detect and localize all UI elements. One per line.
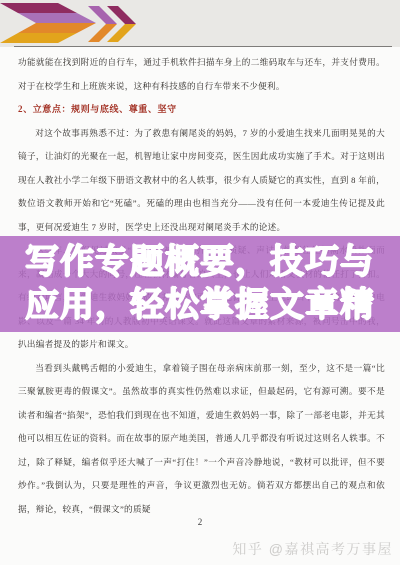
chevron-banner-graphic: [0, 0, 400, 47]
paragraph-continuation: 功能就能在找到附近的自行车，通过手机软件扫描车身上的二维码取车与还车，并支付费用…: [18, 51, 385, 98]
zhihu-watermark: 知乎 @嘉祺高考万事屋: [232, 539, 393, 559]
section-heading: 2、立意点：规则与底线、尊重、坚守: [18, 98, 385, 122]
scanned-document-page: { "document": { "paragraph_continuation"…: [0, 0, 400, 565]
page-top-rule: [14, 46, 392, 47]
paragraph-comment: 当看到头戴鸭舌帽的小爱迪生，拿着镜子围在母亲病床前那一刻，至少，这不是一篇“比三…: [18, 357, 385, 522]
page-header-band: [0, 0, 400, 47]
purple-title-banner: 写作专题概要，技巧与 应用，轻松掌握文章精: [0, 236, 400, 332]
chevron-arrow-bands: [0, 3, 96, 43]
page-number: 2: [0, 517, 400, 527]
banner-title-line2: 应用，轻松掌握文章精: [25, 284, 375, 327]
paragraph-story: 对这个故事再熟悉不过：为了救患有阑尾炎的妈妈，7 岁的小爱迪生找来几面明晃晃的大…: [18, 122, 385, 240]
banner-title-line1: 写作专题概要，技巧与: [25, 241, 375, 284]
